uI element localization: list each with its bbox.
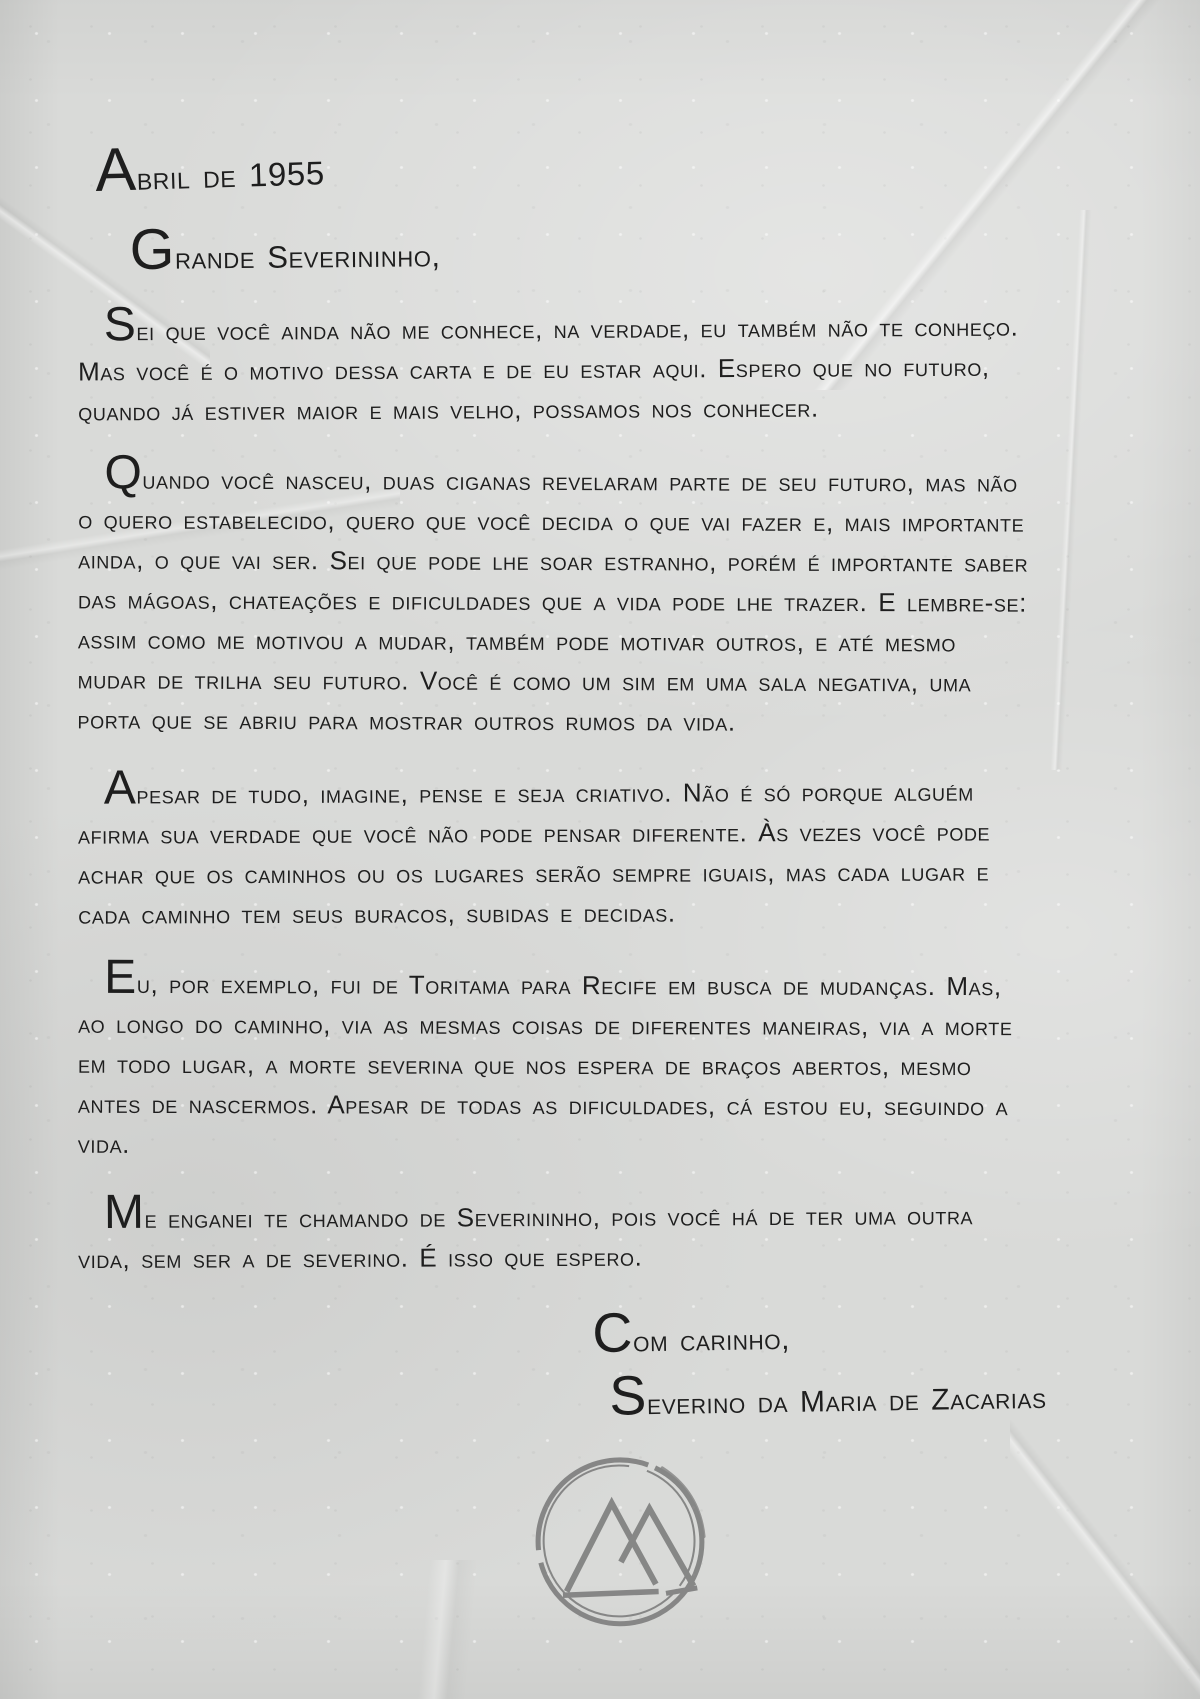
letter-closing: Com carinho, — [592, 1306, 1031, 1360]
letter-salutation: Grande Severininho, — [130, 221, 1030, 277]
letter-body: Abril de 1955 Grande Severininho, Sei qu… — [78, 148, 1030, 1423]
letter-date: Abril de 1955 — [94, 120, 1029, 199]
letter-paragraph: Eu, por exemplo, fui de Toritama para Re… — [78, 959, 1031, 1166]
paper-crease — [1035, 210, 1105, 770]
letter-paper: Abril de 1955 Grande Severininho, Sei qu… — [0, 0, 1200, 1699]
paper-crease — [1010, 1420, 1200, 1699]
letter-paragraph: Apesar de tudo, imagine, pense e seja cr… — [78, 766, 1031, 934]
letter-paragraph: Quando você nasceu, duas ciganas revelar… — [78, 454, 1031, 742]
letter-paragraph: Sei que você ainda não me conhece, na ve… — [78, 302, 1031, 432]
mountain-seal-icon — [528, 1446, 712, 1634]
letter-closing-block: Com carinho, Severino da Maria de Zacari… — [592, 1306, 1032, 1423]
letter-signature: Severino da Maria de Zacarias — [609, 1369, 1032, 1423]
letter-paragraph: Me enganei te chamando de Severininho, p… — [78, 1190, 1030, 1279]
